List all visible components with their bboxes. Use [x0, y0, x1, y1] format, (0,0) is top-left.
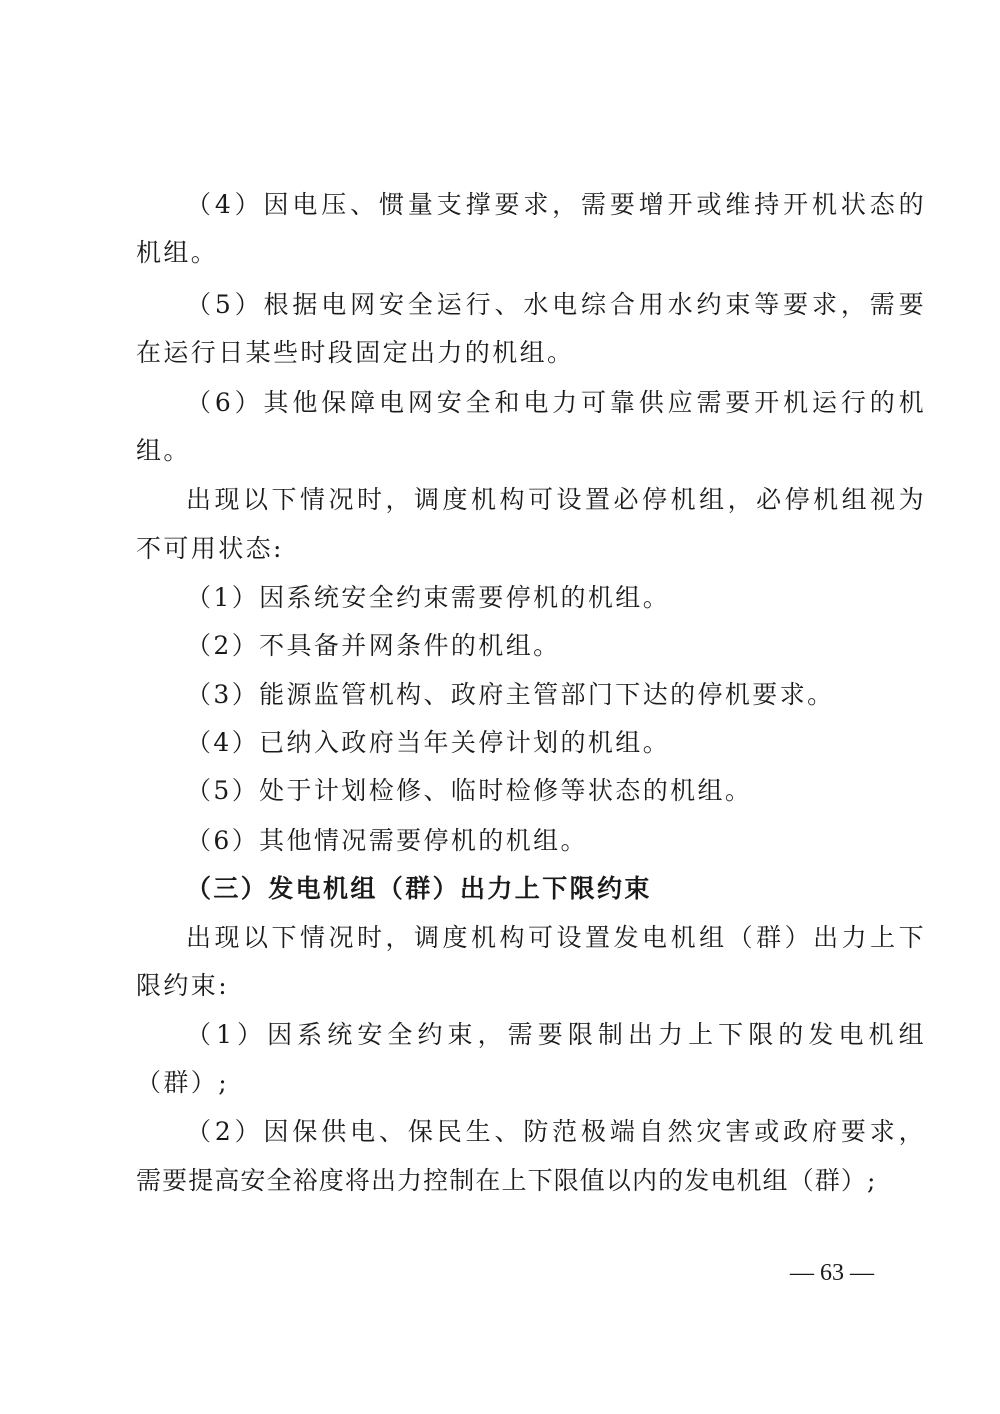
page-number: — 63 —: [790, 1258, 874, 1288]
paragraph-line: 出现以下情况时，调度机构可设置必停机组，必停机组视为: [186, 485, 926, 515]
section-heading: （三）发电机组（群）出力上下限约束: [186, 874, 926, 904]
paragraph-line: 组。: [136, 436, 876, 466]
list-item: （2）不具备并网条件的机组。: [186, 631, 926, 661]
list-item: （2）因保供电、保民生、防范极端自然灾害或政府要求，: [186, 1117, 926, 1147]
list-item: （6）其他情况需要停机的机组。: [186, 826, 926, 856]
paragraph-line: （5）根据电网安全运行、水电综合用水约束等要求，需要: [186, 290, 926, 320]
paragraph-line: 限约束:: [136, 971, 876, 1001]
list-item-continuation: 需要提高安全裕度将出力控制在上下限值以内的发电机组（群）;: [136, 1166, 876, 1196]
paragraph-line: 机组。: [136, 238, 876, 268]
paragraph-line: 在运行日某些时段固定出力的机组。: [136, 338, 876, 368]
paragraph-line: （6）其他保障电网安全和电力可靠供应需要开机运行的机: [186, 388, 926, 418]
list-item: （3）能源监管机构、政府主管部门下达的停机要求。: [186, 680, 926, 710]
list-item: （4）已纳入政府当年关停计划的机组。: [186, 728, 926, 758]
paragraph-line: 不可用状态:: [136, 534, 876, 564]
list-item: （5）处于计划检修、临时检修等状态的机组。: [186, 776, 926, 806]
list-item: （1）因系统安全约束，需要限制出力上下限的发电机组: [186, 1020, 926, 1050]
list-item-continuation: （群）;: [136, 1068, 876, 1098]
paragraph-line: （4）因电压、惯量支撑要求，需要增开或维持开机状态的: [186, 190, 926, 220]
document-page: （4）因电压、惯量支撑要求，需要增开或维持开机状态的 机组。 （5）根据电网安全…: [0, 0, 1000, 1414]
list-item: （1）因系统安全约束需要停机的机组。: [186, 583, 926, 613]
paragraph-line: 出现以下情况时，调度机构可设置发电机组（群）出力上下: [186, 923, 926, 953]
